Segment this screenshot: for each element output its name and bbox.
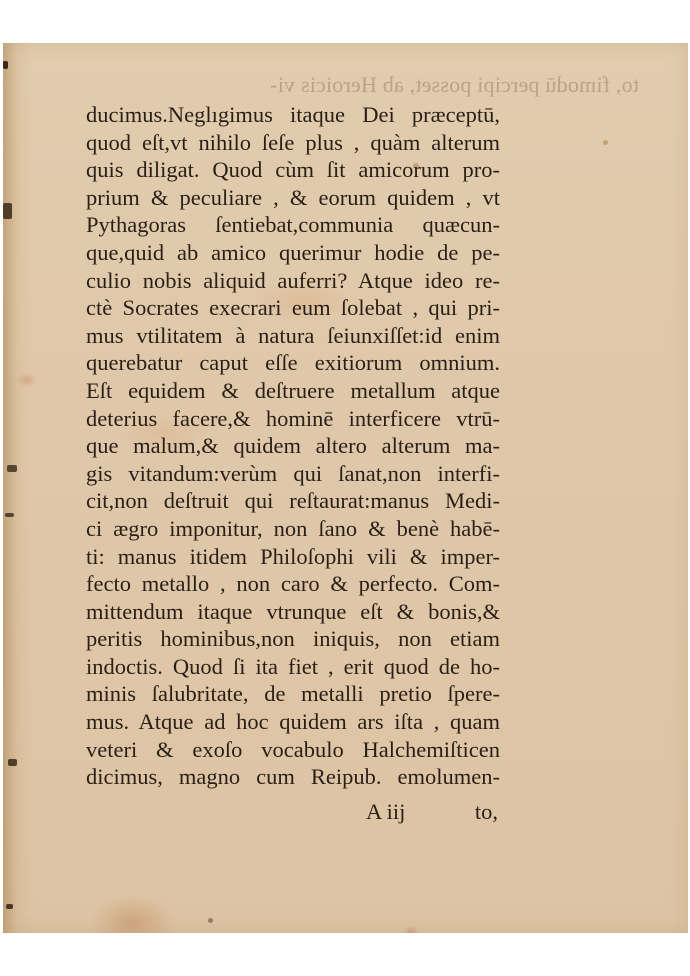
text-line: mus. Atque ad hoc quidem ars iſta , quam xyxy=(86,708,500,736)
text-line: peritis hominibus,non iniquis, non etiam xyxy=(86,625,500,653)
text-line: quis diligat. Quod cùm ſit amicorum pro- xyxy=(86,156,500,184)
text-line: Pythagoras ſentiebat,communia quæcun- xyxy=(86,211,500,239)
text-line: ci ægro imponitur, non ſano & benè habē- xyxy=(86,515,500,543)
body-text: ducimus.Neglıgimus itaque Dei præceptū, … xyxy=(86,101,500,791)
text-line: fecto metallo , non caro & perfecto. Com… xyxy=(86,570,500,598)
paper-stain xyxy=(603,140,608,145)
binding-mark xyxy=(8,759,17,766)
text-line: Eſt equidem & deſtruere metallum atque xyxy=(86,377,500,405)
text-line: ctè Socrates execrari eum ſolebat , qui … xyxy=(86,294,500,322)
text-line: mittendum itaque vtrunque eſt & bonis,& xyxy=(86,598,500,626)
text-line: mus vtilitatem à natura ſeiunxiſſet:id e… xyxy=(86,322,500,350)
binding-mark xyxy=(7,465,17,472)
text-line: ti: manus itidem Philoſophi vili & imper… xyxy=(86,543,500,571)
text-line: que,quid ab amico querimur hodie de pe- xyxy=(86,239,500,267)
text-line: que malum,& quidem altero alterum ma- xyxy=(86,432,500,460)
text-line: indoctis. Quod ſi ita fiet , erit quod d… xyxy=(86,653,500,681)
text-line: veteri & exoſo vocabulo Halchemiſticen xyxy=(86,736,500,764)
bleed-through-text: to, fimodū percipi posset, ab Heroicis v… xyxy=(270,72,639,98)
page-footer: A iij to, xyxy=(86,799,500,827)
text-line: ducimus.Neglıgimus itaque Dei præceptū, xyxy=(86,101,500,129)
signature-mark: A iij xyxy=(366,799,405,825)
text-line: culio nobis aliquid auferri? Atque ideo … xyxy=(86,267,500,295)
binding-mark xyxy=(3,61,8,69)
catchword: to, xyxy=(475,799,498,825)
text-line: dicimus, magno cum Reipub. emolumen- xyxy=(86,763,500,791)
text-line: querebatur caput eſſe exitiorum omnium. xyxy=(86,349,500,377)
binding-mark xyxy=(3,203,12,219)
paper-stain xyxy=(208,918,213,923)
text-line: prium & peculiare , & eorum quidem , vt xyxy=(86,184,500,212)
text-line: deterius facere,& hominē interficere vtr… xyxy=(86,405,500,433)
text-line: cit,non deſtruit qui reſtaurat:manus Med… xyxy=(86,487,500,515)
text-line: quod eſt,vt nihilo ſeſe plus , quàm alte… xyxy=(86,129,500,157)
text-line: gis vitandum:verùm qui ſanat,non interfi… xyxy=(86,460,500,488)
text-line: minis ſalubritate, de metalli pretio ſpe… xyxy=(86,680,500,708)
binding-mark xyxy=(6,904,13,909)
binding-mark xyxy=(5,513,14,517)
